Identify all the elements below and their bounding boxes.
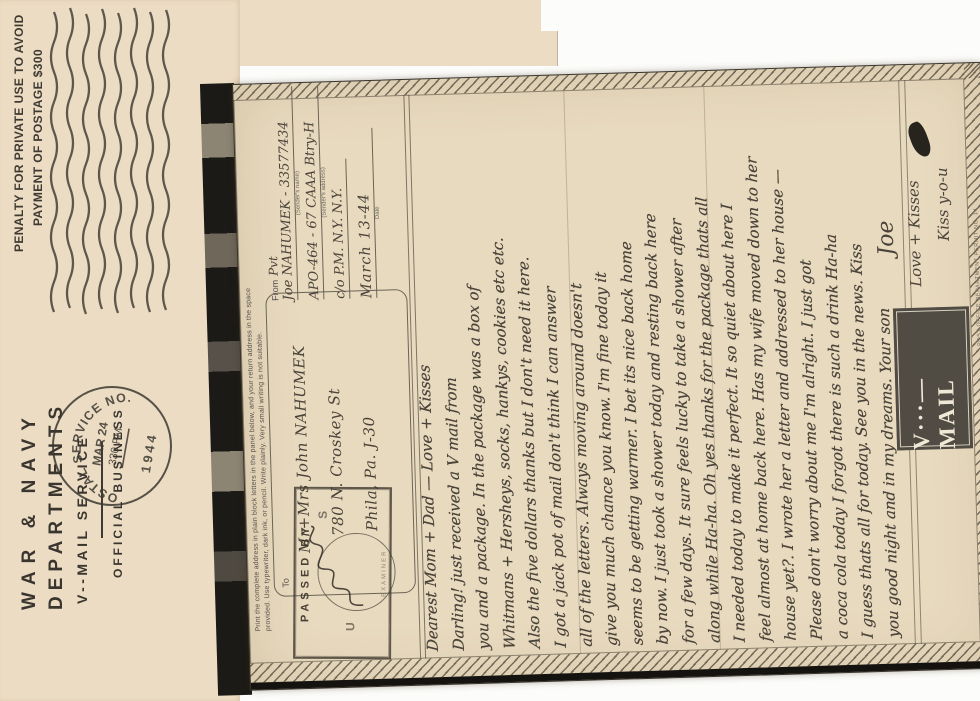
envelope-notch bbox=[541, 0, 558, 31]
official-business-line: OFFICIAL BUSINESS bbox=[111, 336, 125, 578]
dept-line2: DEPARTMENTS bbox=[43, 336, 70, 610]
to-label: To bbox=[281, 578, 291, 588]
penalty-line1: PENALTY FOR PRIVATE USE TO AVOID bbox=[12, 10, 26, 252]
war-navy-imprint: WAR & NAVY DEPARTMENTS V--MAIL SERVICE O… bbox=[16, 336, 166, 610]
signature-love-kisses: Love + Kisses bbox=[904, 180, 925, 287]
from-label: From bbox=[270, 280, 281, 301]
sender-po: c/o P.M. N.Y. N.Y. bbox=[329, 159, 350, 299]
vmail-form: Print the complete address in plain bloc… bbox=[233, 63, 980, 690]
from-rank: Pvt bbox=[266, 256, 281, 276]
dept-line1: WAR & NAVY bbox=[16, 336, 43, 610]
vmail-service-line: V--MAIL SERVICE bbox=[70, 336, 94, 604]
imprint-rule bbox=[101, 442, 103, 538]
signature-kiss-you: Kiss y-o-u bbox=[933, 167, 953, 241]
signature-name: Joe bbox=[873, 220, 899, 256]
cancellation-wavy-lines-icon bbox=[46, 6, 176, 346]
vmail-logo-band: V···—MAIL bbox=[893, 306, 973, 450]
scanned-vmail-document: PENALTY FOR PRIVATE USE TO AVOID PAYMENT… bbox=[0, 0, 980, 701]
penalty-line2: PAYMENT OF POSTAGE $300 bbox=[31, 10, 45, 226]
vmail-letter: Print the complete address in plain bloc… bbox=[233, 63, 980, 690]
vmail-logo-text: V···—MAIL bbox=[905, 307, 961, 450]
censor-stamp: PASSED BY U S EXAMINER bbox=[293, 487, 392, 660]
censor-examiner: EXAMINER bbox=[381, 489, 388, 657]
from-address-block: FromPvt Joe NAHUMEK - 33577434 (Sender's… bbox=[261, 84, 386, 301]
censor-passed-by: PASSED BY bbox=[299, 489, 312, 657]
letter-body: Dearest Mom + Dad — Love + Kisses Darlin… bbox=[409, 152, 909, 651]
censor-initial-u: U bbox=[343, 622, 357, 631]
